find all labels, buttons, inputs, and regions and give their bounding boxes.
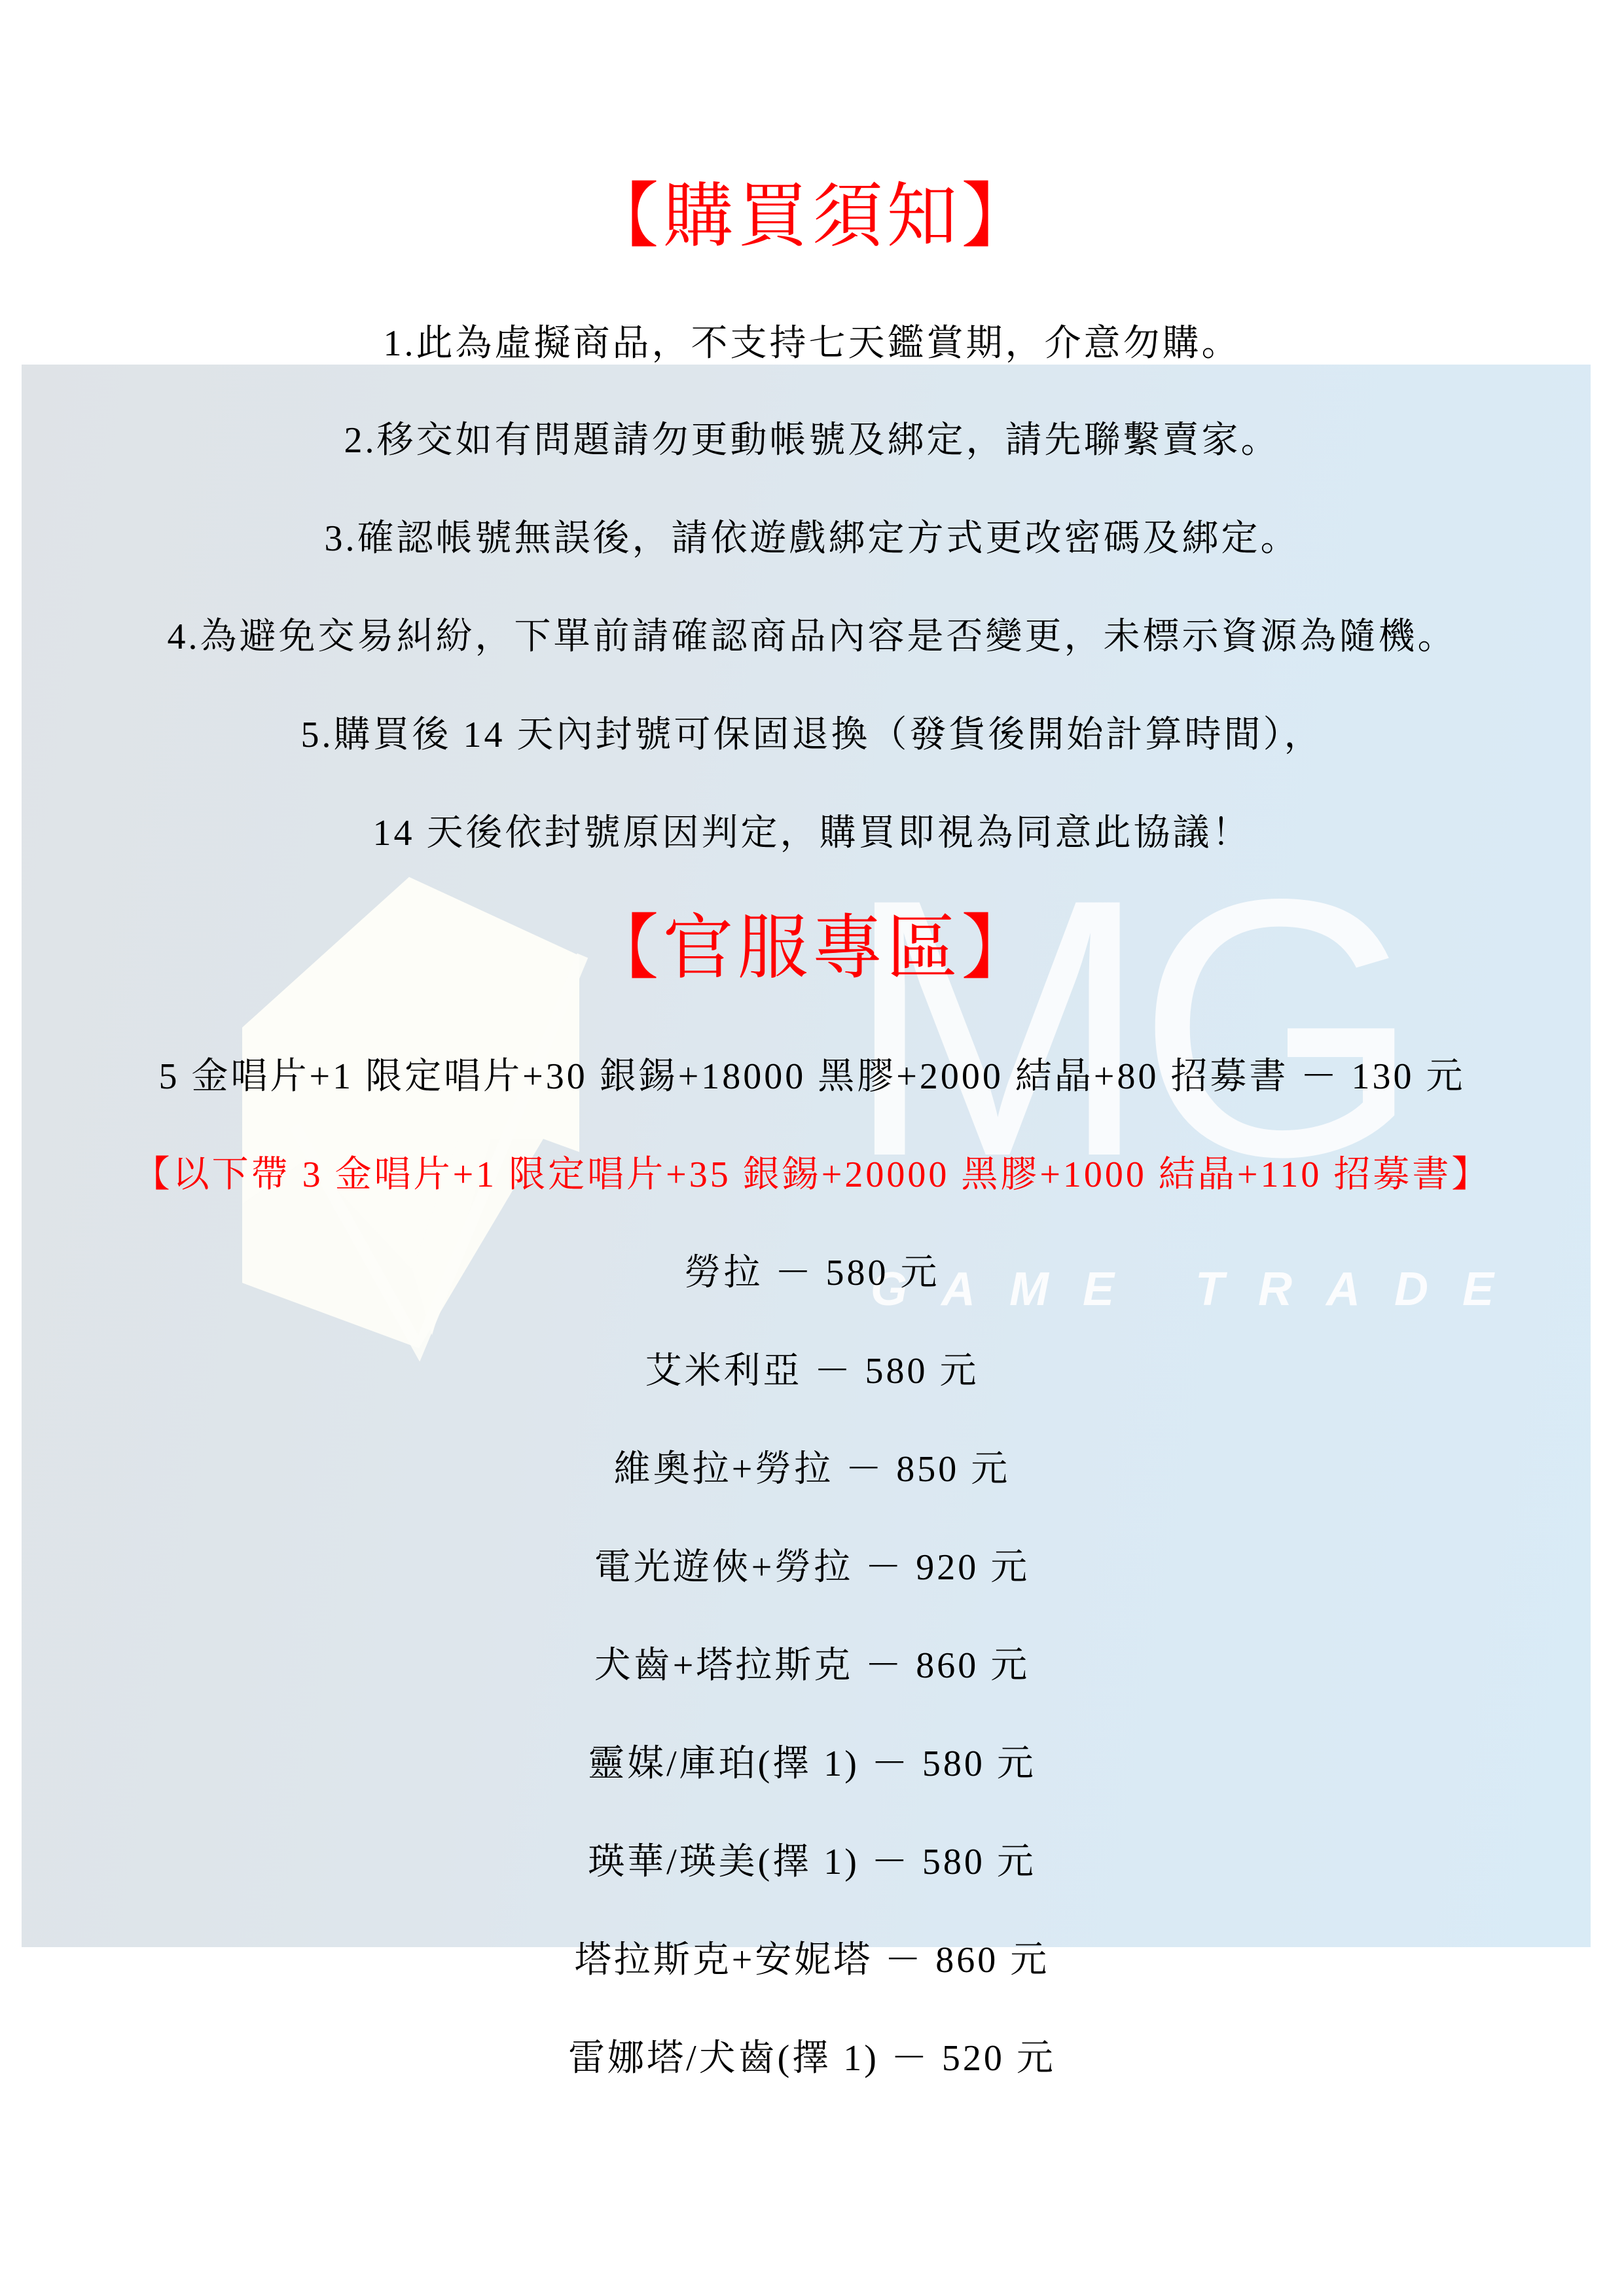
base-package-line: 5 金唱片+1 限定唱片+30 銀錫+18000 黑膠+2000 結晶+80 招… <box>0 1054 1624 1100</box>
product-item: 電光遊俠+勞拉 － 920 元 <box>0 1545 1624 1590</box>
product-item: 雷娜塔/犬齒(擇 1) － 520 元 <box>0 2036 1624 2081</box>
notice-item-1: 1.此為虛擬商品，不支持七天鑑賞期，介意勿購。 <box>0 321 1624 367</box>
notice-item-6: 14 天後依封號原因判定，購買即視為同意此協議！ <box>0 810 1624 856</box>
product-item: 維奧拉+勞拉 － 850 元 <box>0 1446 1624 1492</box>
product-item: 勞拉 － 580 元 <box>0 1250 1624 1296</box>
notice-item-4: 4.為避免交易糾紛，下單前請確認商品內容是否變更，未標示資源為隨機。 <box>0 614 1624 660</box>
notice-item-2: 2.移交如有問題請勿更動帳號及綁定，請先聯繫賣家。 <box>0 418 1624 463</box>
official-server-title: 【官服專區】 <box>0 910 1624 988</box>
purchase-notice-title: 【購買須知】 <box>0 178 1624 257</box>
product-item: 犬齒+塔拉斯克 － 860 元 <box>0 1643 1624 1689</box>
product-item: 靈媒/庫珀(擇 1) － 580 元 <box>0 1741 1624 1787</box>
bundle-note-line: 【以下帶 3 金唱片+1 限定唱片+35 銀錫+20000 黑膠+1000 結晶… <box>0 1152 1624 1198</box>
notice-item-5: 5.購買後 14 天內封號可保固退換（發貨後開始計算時間）， <box>0 712 1624 758</box>
product-item: 塔拉斯克+安妮塔 － 860 元 <box>0 1937 1624 1983</box>
product-item: 艾米利亞 － 580 元 <box>0 1348 1624 1394</box>
notice-item-3: 3.確認帳號無誤後，請依遊戲綁定方式更改密碼及綁定。 <box>0 516 1624 562</box>
product-item: 瑛華/瑛美(擇 1) － 580 元 <box>0 1839 1624 1885</box>
